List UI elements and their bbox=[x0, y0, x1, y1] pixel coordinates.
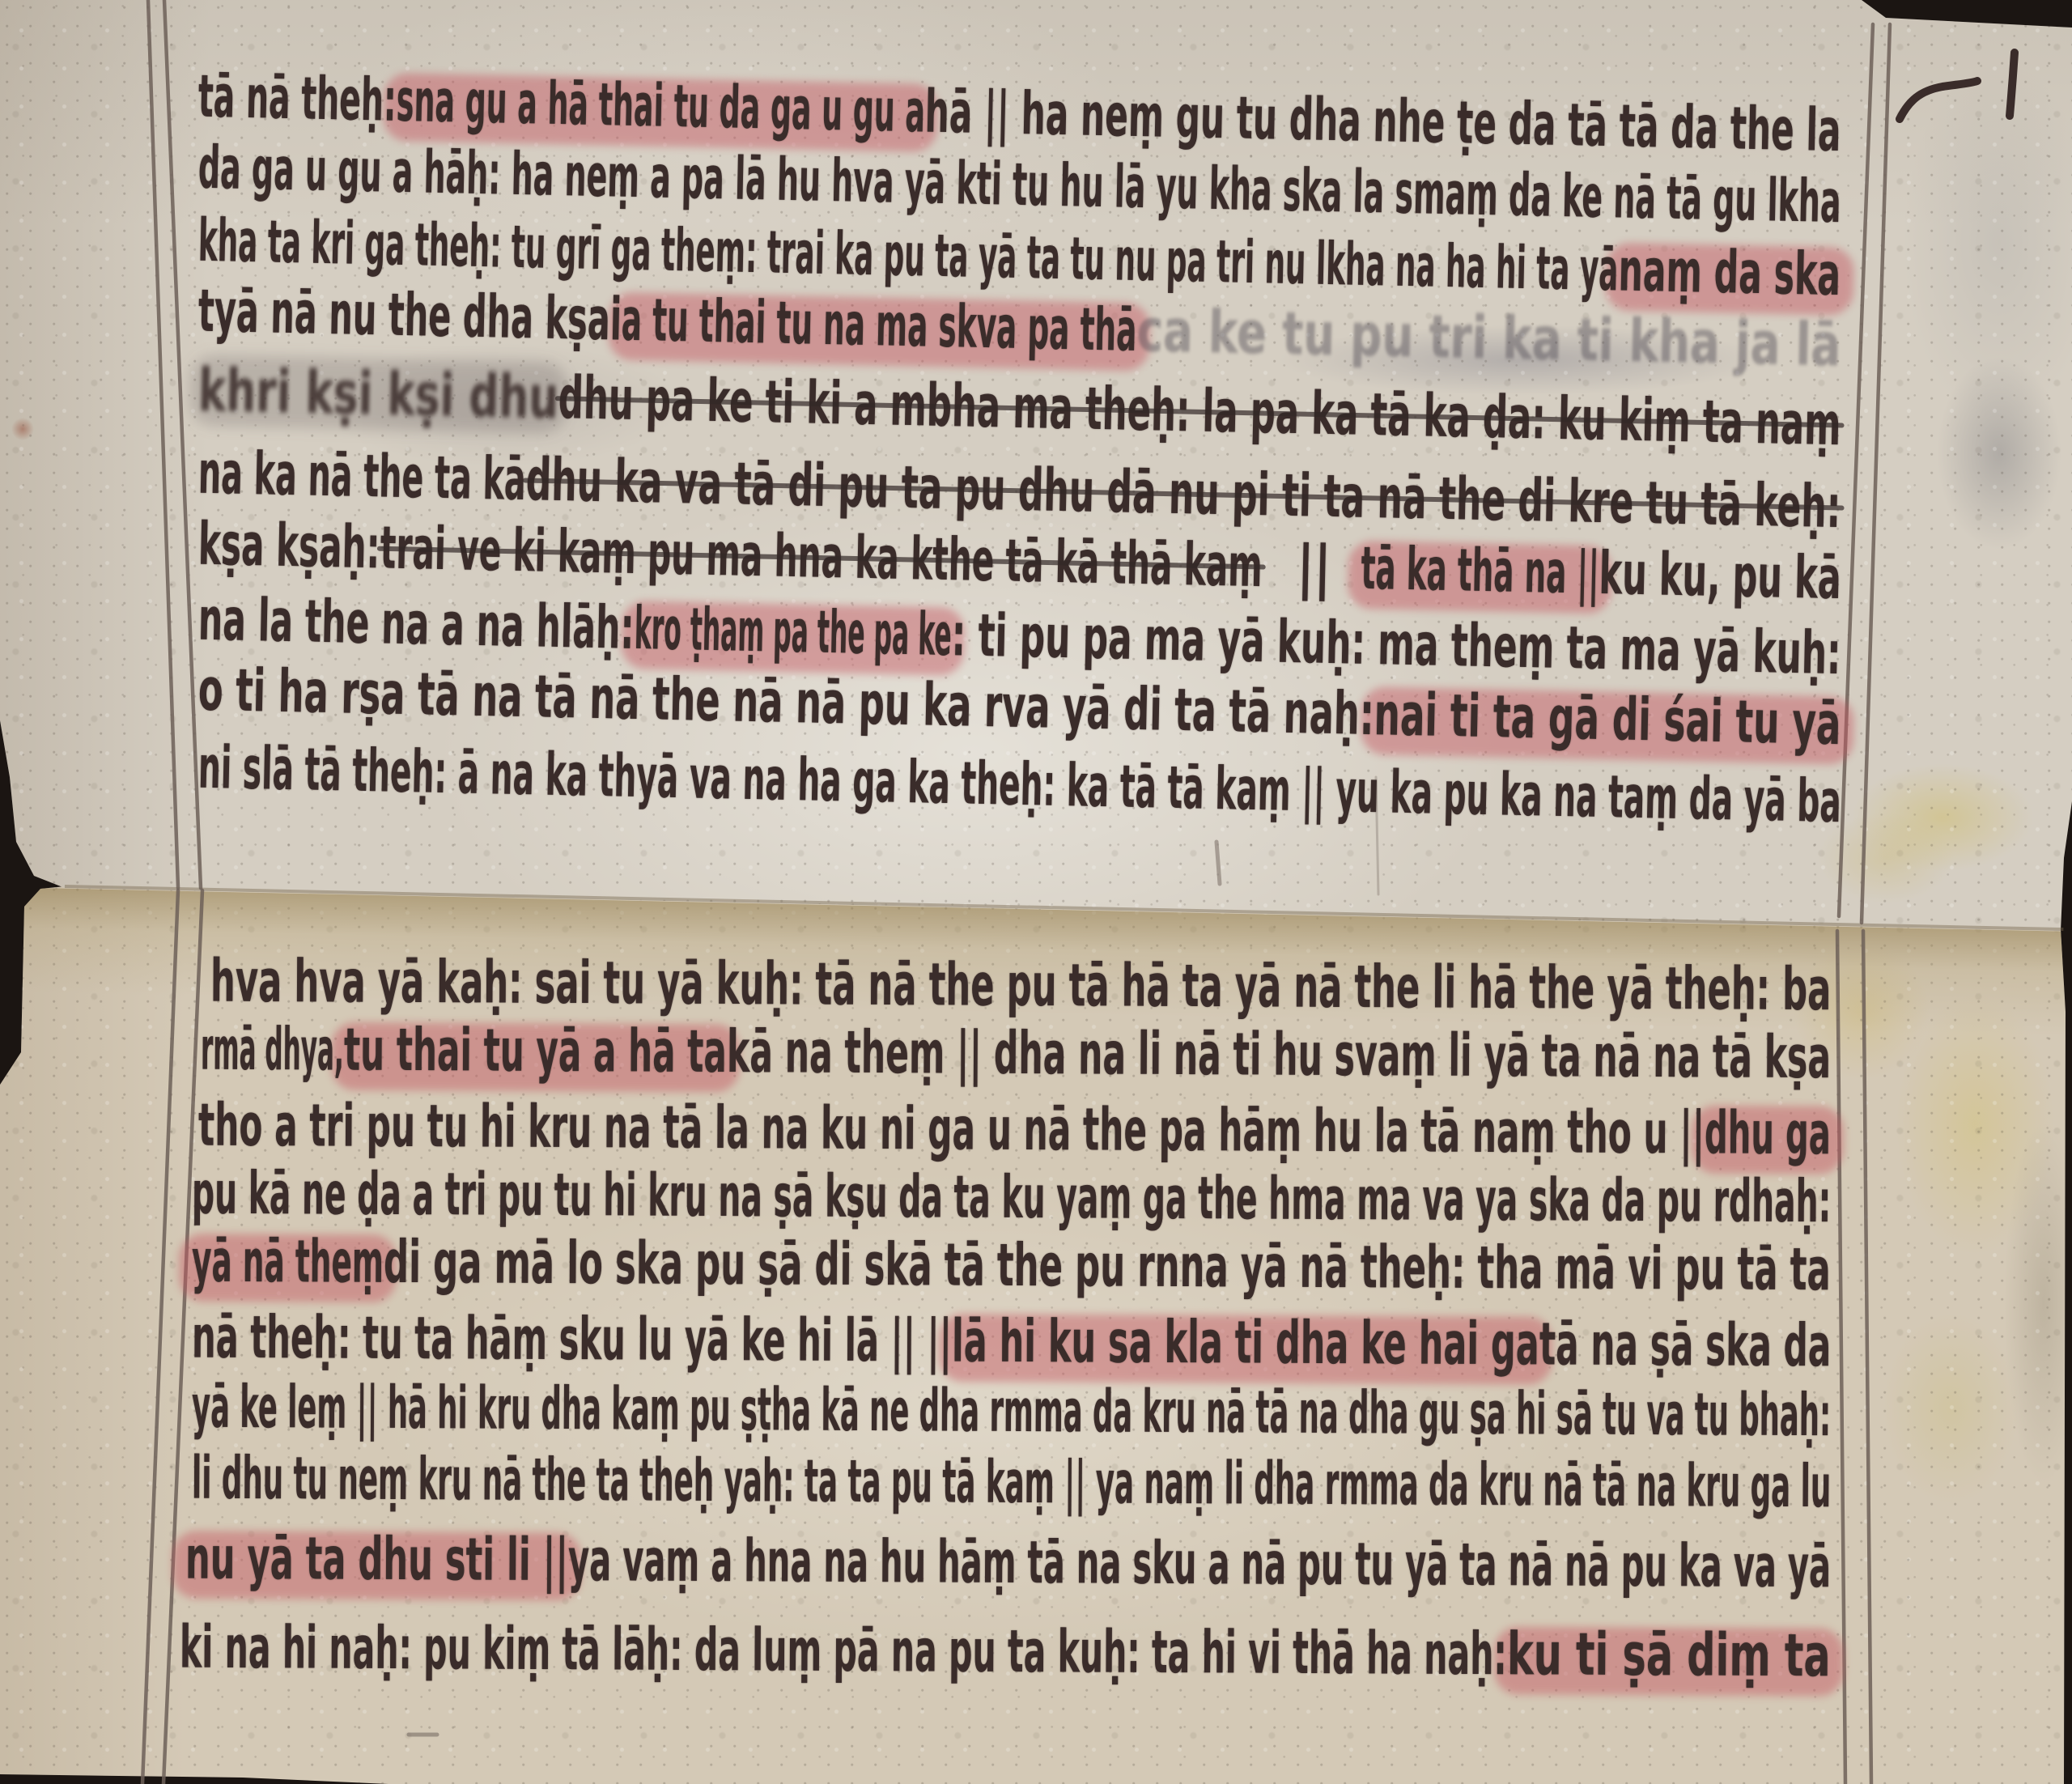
line-text: na la the na a na hlāḥ: bbox=[197, 590, 635, 658]
line-text: kṣa kṣaḥ: bbox=[197, 515, 380, 577]
line-text: tā na ṣā ska da bbox=[1539, 1315, 1832, 1374]
line-text: di ga mā lo ska pu ṣā di skā tā the pu r… bbox=[384, 1233, 1831, 1299]
line-text: li dhu tu neṃ kru nā the ta theḥ yaḥ: ta… bbox=[192, 1449, 1832, 1516]
rubricated-segment: nu yā ta dhu sti li || bbox=[185, 1526, 568, 1592]
line-text: a tu thai tu na ma skva pa thā bbox=[621, 291, 1137, 360]
line-text: tā nā theḥ: bbox=[197, 67, 397, 130]
text-segment: na ka nā the ta kā bbox=[197, 440, 527, 512]
double-danda: || bbox=[1297, 537, 1332, 597]
text-segment: kā na theṃ || dha na li nā ti hu svaṃ li… bbox=[727, 1019, 1831, 1090]
text-segment: ya vaṃ a hna na hu hāṃ tā na sku a nā pu… bbox=[568, 1527, 1831, 1599]
text-segment: nā theḥ: tu ta hāṃ sku lu yā ke hi lā ||… bbox=[192, 1305, 952, 1374]
manuscript-photo: tā nā theḥ: sna gu a hā thai tu da ga u … bbox=[0, 0, 2072, 1784]
lower-line-10: ki na hi naḥ: pu kiṃ tā lāḥ: da luṃ pā n… bbox=[180, 1615, 1831, 1688]
lower-line-6: nā theḥ: tu ta hāṃ sku lu yā ke hi lā ||… bbox=[192, 1305, 1831, 1378]
rubricated-segment: nai ti ta gā di śai tu yā bbox=[1374, 682, 1842, 756]
line-text: nā theḥ: tu ta hāṃ sku lu yā ke hi lā ||… bbox=[192, 1308, 952, 1370]
manuscript-text: tā nā theḥ: sna gu a hā thai tu da ga u … bbox=[0, 0, 2072, 1784]
lower-line-2: rmā dhya, tu thai tu yā a hā ta kā na th… bbox=[201, 1017, 1831, 1090]
line-text: ki na hi naḥ: pu kiṃ tā lāḥ: da luṃ pā n… bbox=[180, 1618, 1507, 1684]
lower-line-8: li dhu tu neṃ kru nā the ta theḥ yaḥ: ta… bbox=[192, 1446, 1831, 1519]
line-text: naṃ da ska bbox=[1618, 241, 1841, 304]
rubricated-segment: naṃ da ska bbox=[1618, 238, 1842, 308]
text-segment: yā ke leṃ || hā hi kru dha kaṃ pu ṣṭha k… bbox=[192, 1374, 1831, 1448]
line-text: nu yā ta dhu sti li || bbox=[185, 1529, 569, 1590]
text-segment: tho a tri pu tu hi kru na tā la na ku ni… bbox=[198, 1093, 1705, 1166]
rubricated-segment: ku ti ṣā diṃ ta bbox=[1507, 1622, 1831, 1688]
line-text: kro ṭhaṃ pa the pa ke bbox=[634, 599, 952, 665]
text-segment: tā na ṣā ska da bbox=[1539, 1312, 1831, 1378]
text-segment: kṣa kṣaḥ: bbox=[197, 512, 381, 580]
rubricated-segment: yā nā theṃ bbox=[192, 1229, 384, 1294]
text-segment: pu kā ne ḍa a tri pu tu hi kru na ṣā kṣu… bbox=[192, 1161, 1831, 1234]
rubricated-segment: lā hi ku sa kla ti dha ke hai ga bbox=[952, 1309, 1539, 1377]
rubricated-segment: dhu ga bbox=[1705, 1101, 1831, 1166]
line-text: ya vaṃ a hna na hu hāṃ tā na sku a nā pu… bbox=[568, 1531, 1832, 1596]
struck-segment: trai ve ki kaṃ pu ma hna ka kthe tā kā t… bbox=[380, 516, 1263, 599]
line-text: rmā dhya, bbox=[201, 1020, 344, 1079]
text-segment: hva hva yā kaḥ: sai tu yā kuḥ: tā nā the… bbox=[210, 949, 1831, 1022]
line-text: hā || ha neṃ gu tu dha nhe ṭe da tā tā d… bbox=[924, 83, 1841, 160]
struck-segment: dhu pa ke ti ki a mbha ma theḥ: la pa ka… bbox=[558, 365, 1841, 457]
text-segment: ku ku, pu kā bbox=[1599, 541, 1842, 610]
smudged-segment: khri kṣi kṣi dhu bbox=[197, 358, 559, 430]
rubricated-segment: sna gu a hā thai tu da ga u gu a bbox=[396, 68, 926, 144]
line-text: pu kā ne ḍa a tri pu tu hi kru na ṣā kṣu… bbox=[192, 1164, 1832, 1231]
line-text: tā ka thā na || bbox=[1361, 539, 1600, 603]
text-segment: tā nā theḥ: bbox=[197, 64, 397, 133]
text-segment: hā || ha neṃ gu tu dha nhe ṭe da tā tā d… bbox=[924, 79, 1841, 164]
line-text: hva hva yā kaḥ: sai tu yā kuḥ: tā nā the… bbox=[210, 952, 1832, 1019]
lower-line-3: tho a tri pu tu hi kru na tā la na ku ni… bbox=[198, 1093, 1831, 1166]
line-text: yā ke leṃ || hā hi kru dha kaṃ pu ṣṭha k… bbox=[192, 1378, 1832, 1445]
text-segment: di ga mā lo ska pu ṣā di skā tā the pu r… bbox=[384, 1230, 1831, 1302]
line-text: trai ve ki kaṃ pu ma hna ka kthe tā kā t… bbox=[380, 518, 1263, 595]
text-segment: ki na hi naḥ: pu kiṃ tā lāḥ: da luṃ pā n… bbox=[180, 1615, 1507, 1687]
line-text: kā na theṃ || dha na li nā ti hu svaṃ li… bbox=[727, 1022, 1831, 1087]
line-text: dhu pa ke ti ki a mbha ma theḥ: la pa ka… bbox=[558, 368, 1841, 454]
line-text: lā hi ku sa kla ti dha ke hai ga bbox=[952, 1312, 1539, 1374]
line-text: tho a tri pu tu hi kru na tā la na ku ni… bbox=[198, 1096, 1705, 1162]
lower-line-9: nu yā ta dhu sti li || ya vaṃ a hna na h… bbox=[185, 1526, 1831, 1599]
line-text: na ka nā the ta kā bbox=[197, 444, 526, 509]
lower-line-7: yā ke leṃ || hā hi kru dha kaṃ pu ṣṭha k… bbox=[192, 1374, 1831, 1448]
line-text: tu thai tu yā a hā ta bbox=[344, 1021, 727, 1081]
line-text: nai ti ta gā di śai tu yā bbox=[1374, 685, 1841, 754]
line-text: khri kṣi kṣi dhu bbox=[197, 361, 559, 427]
text-segment: tyā nā nu the dha kṣai bbox=[197, 278, 622, 352]
text-segment: rmā dhya, bbox=[201, 1017, 344, 1082]
line-text: : ti pu pa ma yā kuḥ: ma theṃ ta ma yā k… bbox=[951, 605, 1841, 683]
lower-line-1: hva hva yā kaḥ: sai tu yā kuḥ: tā nā the… bbox=[210, 949, 1831, 1022]
text-segment: || bbox=[1262, 534, 1362, 601]
line-text: ca ke tu pu tri ka ti kha ja lā bbox=[1136, 301, 1841, 375]
line-text: ku ti ṣā diṃ ta bbox=[1507, 1625, 1831, 1685]
line-text: yā nā theṃ bbox=[192, 1232, 384, 1292]
text-segment: li dhu tu neṃ kru nā the ta theḥ yaḥ: ta… bbox=[192, 1446, 1831, 1519]
line-text: sna gu a hā thai tu da ga u gu a bbox=[396, 71, 926, 141]
lower-line-5: yā nā theṃ di ga mā lo ska pu ṣā di skā … bbox=[192, 1229, 1831, 1302]
line-text: tyā nā nu the dha kṣai bbox=[197, 282, 622, 349]
lower-line-4: pu kā ne ḍa a tri pu tu hi kru na ṣā kṣu… bbox=[192, 1161, 1831, 1234]
line-text: ku ku, pu kā bbox=[1599, 544, 1842, 608]
rubricated-segment: a tu thai tu na ma skva pa thā bbox=[621, 287, 1138, 363]
faded-segment: ca ke tu pu tri ka ti kha ja lā bbox=[1136, 298, 1841, 377]
rubricated-segment: tā ka thā na || bbox=[1361, 536, 1600, 605]
line-text: dhu ga bbox=[1705, 1103, 1831, 1162]
text-segment: na la the na a na hlāḥ: bbox=[197, 587, 635, 661]
rubricated-segment: kro ṭhaṃ pa the pa ke bbox=[634, 596, 953, 667]
rubricated-segment: tu thai tu yā a hā ta bbox=[344, 1017, 727, 1084]
